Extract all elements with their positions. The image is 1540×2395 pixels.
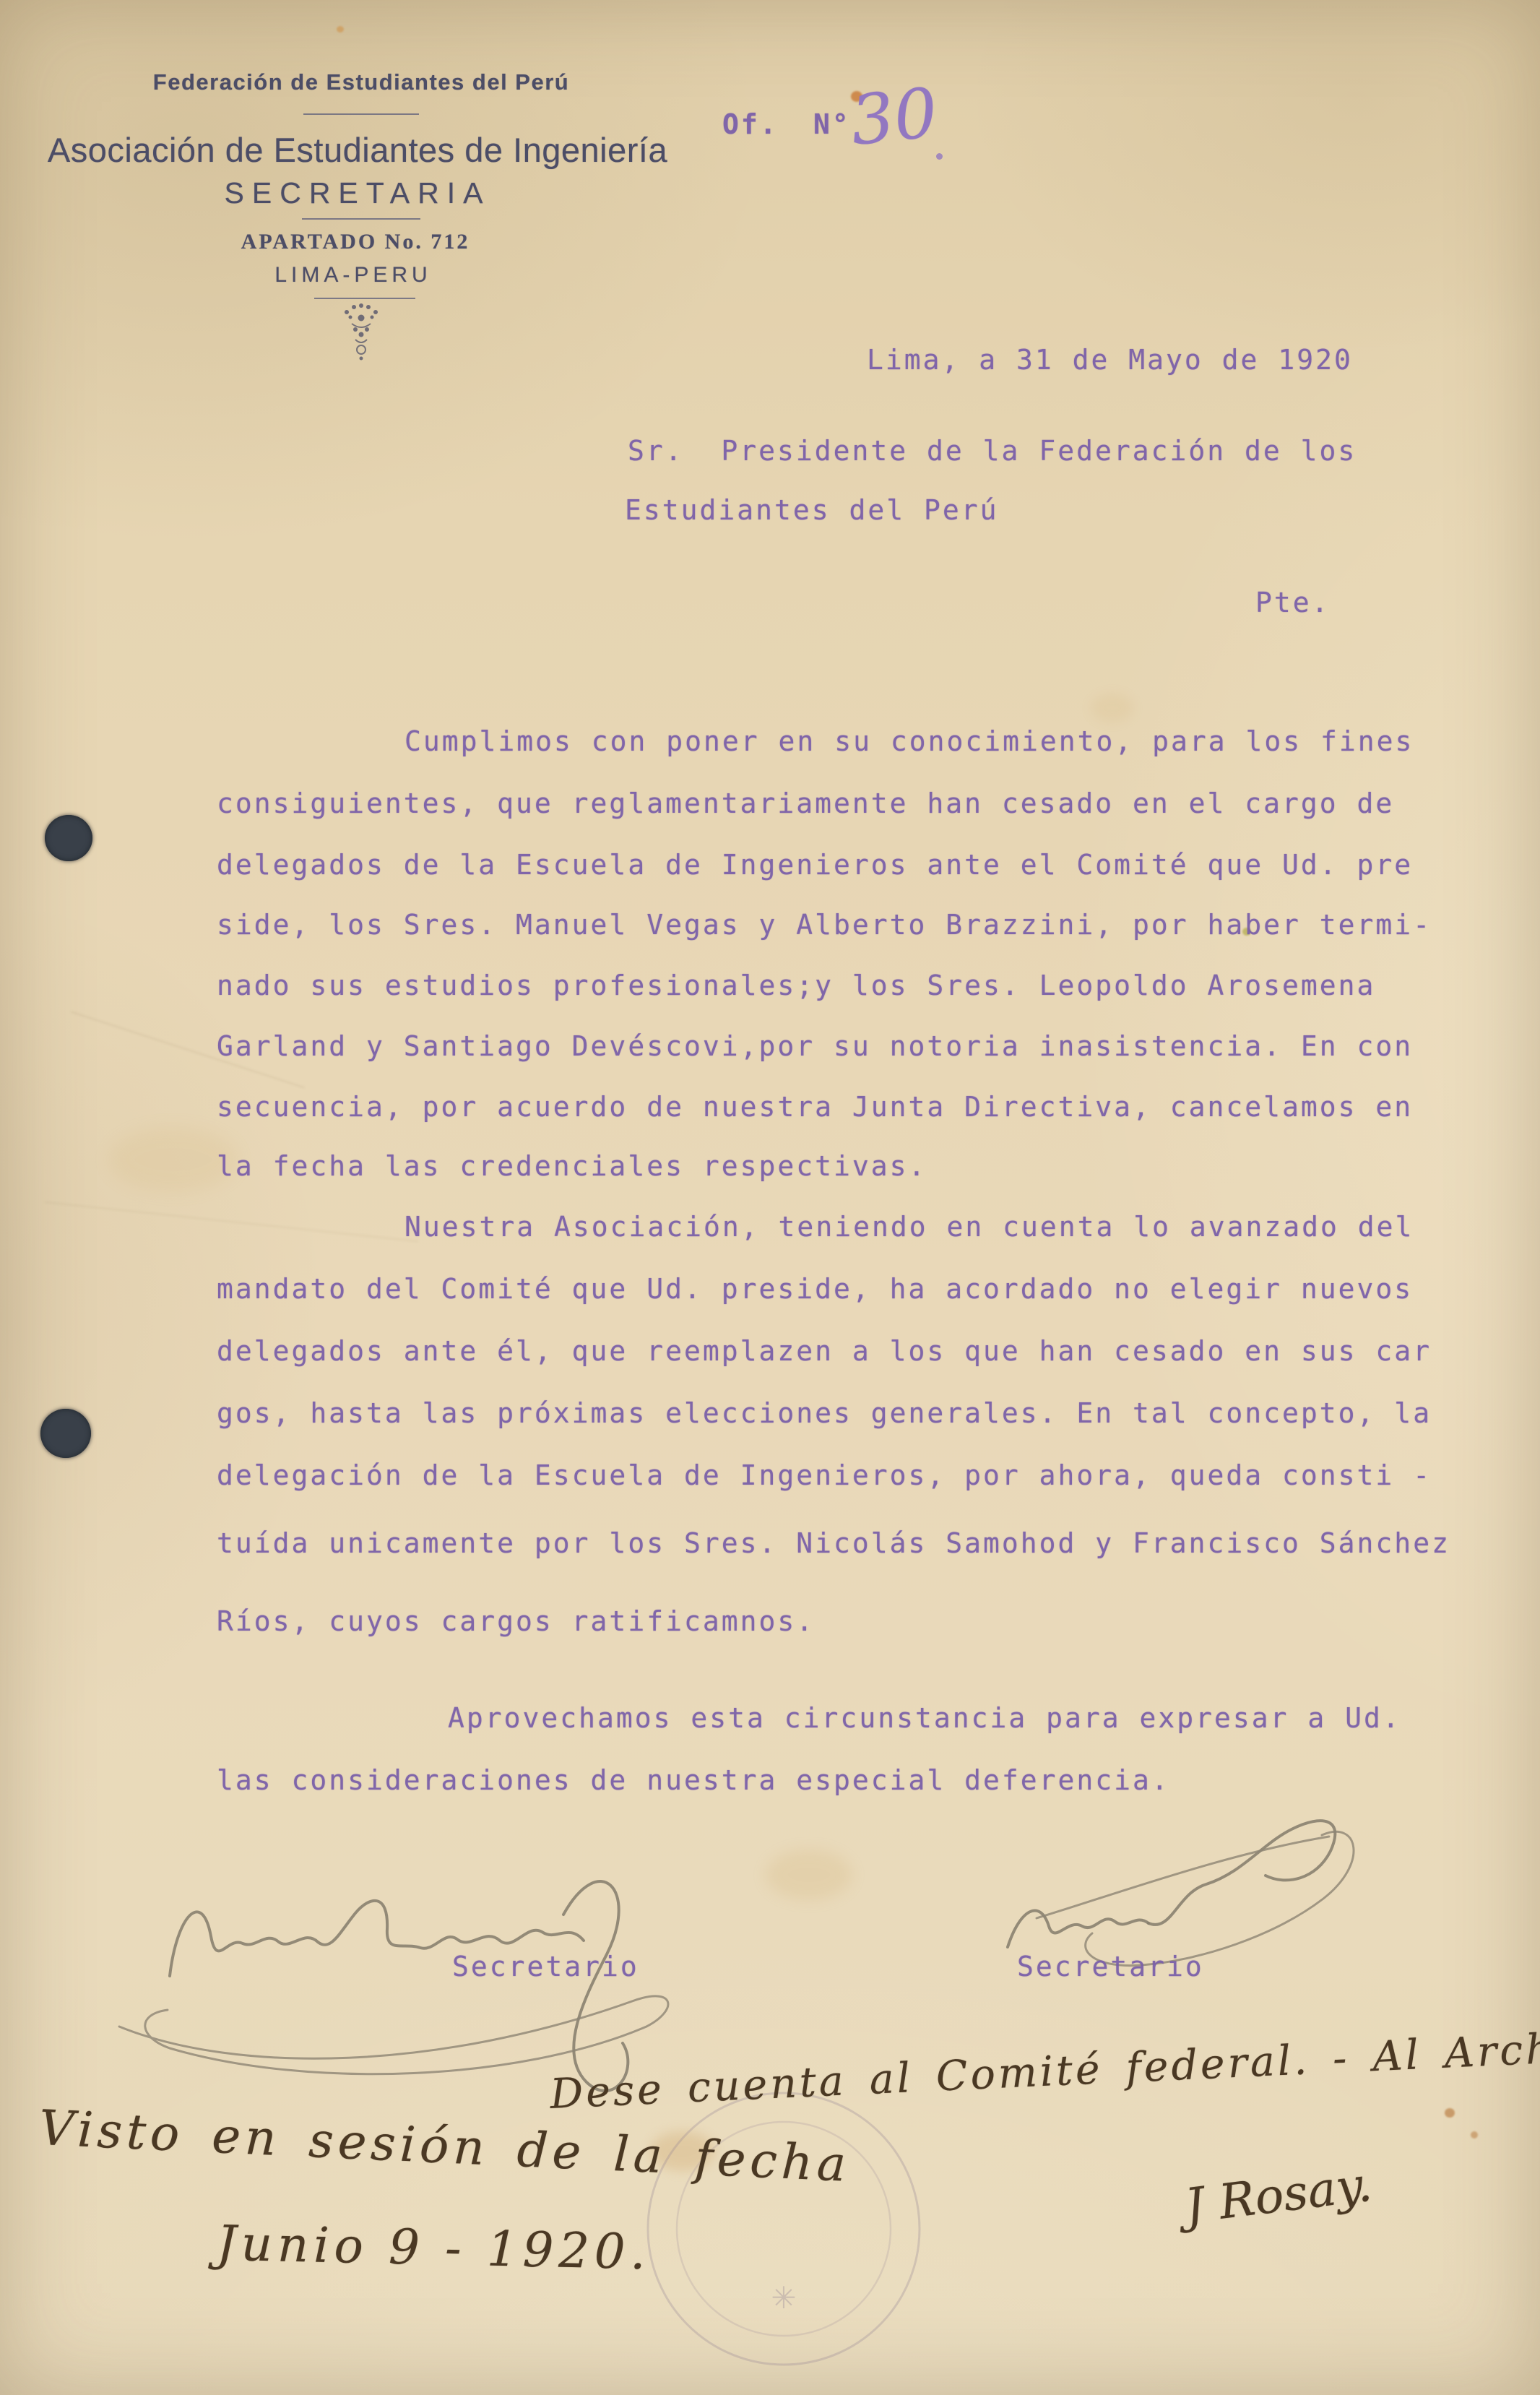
- signature-right: [968, 1785, 1387, 2030]
- letterhead-divider: [303, 113, 419, 115]
- body-line: mandato del Comité que Ud. preside, ha a…: [217, 1273, 1413, 1305]
- punch-hole-bottom: [40, 1409, 91, 1458]
- association-stamp: ✳: [625, 2070, 943, 2388]
- body-line: Aprovechamos esta circunstancia para exp…: [448, 1702, 1401, 1734]
- signature-title-left: Secretario: [452, 1951, 639, 1982]
- letterhead-department: SECRETARIA: [225, 176, 491, 210]
- signature-title-right: Secretario: [1017, 1951, 1204, 1982]
- stain: [1445, 2108, 1455, 2118]
- body-line: Ríos, cuyos cargos ratificamnos.: [217, 1605, 815, 1637]
- body-line: gos, hasta las próximas elecciones gener…: [217, 1397, 1432, 1429]
- crease-line: [44, 1201, 418, 1242]
- svg-text:✳: ✳: [771, 2281, 796, 2315]
- body-line: consiguientes, que reglamentariamente ha…: [217, 787, 1394, 819]
- office-number-label: Of.: [722, 108, 779, 140]
- letterhead-divider: [302, 218, 420, 220]
- letterhead-ornament-icon: [338, 302, 384, 363]
- office-number-sign: N°: [813, 108, 851, 140]
- dateline: Lima, a 31 de Mayo de 1920: [867, 344, 1353, 376]
- stain: [337, 26, 344, 33]
- ink-dot: [936, 153, 943, 160]
- body-line: tuída unicamente por los Sres. Nicolás S…: [217, 1527, 1450, 1559]
- letterhead-association: Asociación de Estudiantes de Ingeniería: [48, 130, 667, 170]
- body-line: delegados ante él, que reemplazen a los …: [217, 1335, 1432, 1367]
- scanned-letter-page: Federación de Estudiantes del Perú Asoci…: [0, 0, 1540, 2395]
- body-line: la fecha las credenciales respectivas.: [217, 1150, 927, 1182]
- letterhead-po-box: APARTADO No. 712: [241, 230, 470, 254]
- body-line: Nuestra Asociación, teniendo en cuenta l…: [405, 1211, 1414, 1243]
- body-line: delegados de la Escuela de Ingenieros an…: [217, 849, 1413, 881]
- body-line: delegación de la Escuela de Ingenieros, …: [217, 1459, 1432, 1491]
- stain: [1471, 2131, 1478, 2139]
- review-note-line-2: Junio 9 - 1920.: [216, 2215, 651, 2281]
- body-line: nado sus estudios profesionales;y los Sr…: [217, 970, 1375, 1001]
- body-line: Cumplimos con poner en su conocimiento, …: [405, 725, 1414, 757]
- stain: [1091, 694, 1134, 722]
- forward-note-signature: J Rosay.: [1182, 2156, 1375, 2234]
- office-number-handwritten: 30: [847, 74, 941, 161]
- body-line: secuencia, por acuerdo de nuestra Junta …: [217, 1091, 1413, 1123]
- letterhead-city: LIMA-PERU: [274, 263, 431, 288]
- letterhead-divider: [314, 298, 415, 299]
- body-line: Garland y Santiago Devéscovi,por su noto…: [217, 1030, 1413, 1062]
- letterhead-federation: Federación de Estudiantes del Perú: [153, 69, 569, 95]
- recipient-line-2: Estudiantes del Perú: [625, 494, 999, 526]
- recipient-salutation: Pte.: [1255, 587, 1331, 618]
- body-line: side, los Sres. Manuel Vegas y Alberto B…: [217, 909, 1432, 941]
- recipient-line-1: Sr. Presidente de la Federación de los: [628, 435, 1357, 467]
- punch-hole-top: [45, 815, 92, 861]
